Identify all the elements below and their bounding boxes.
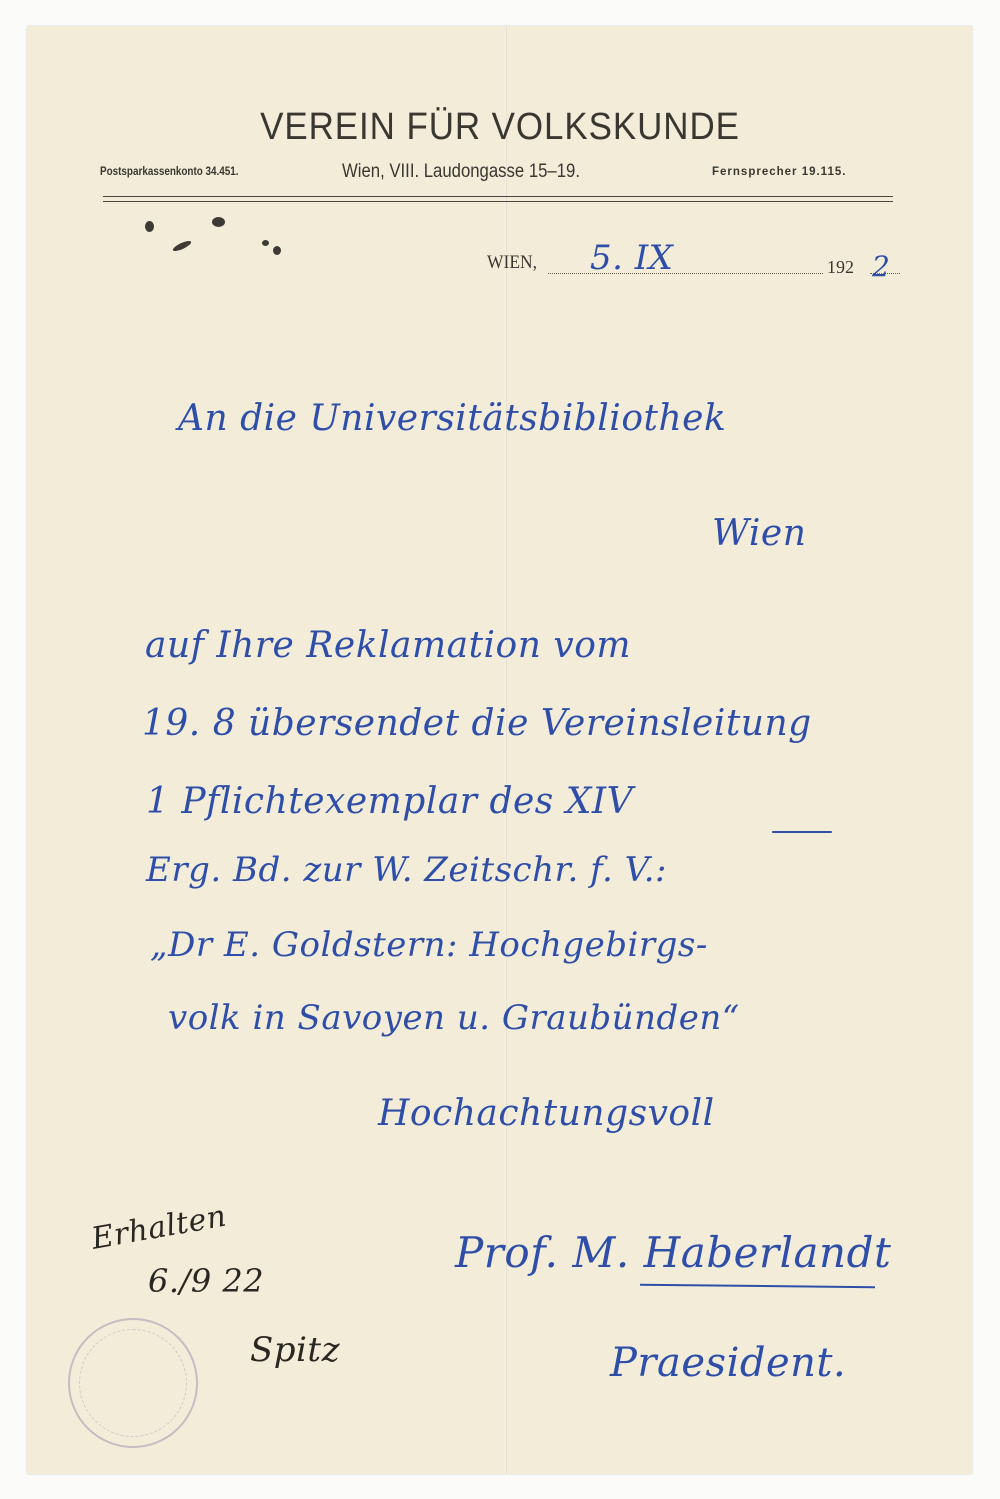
body-line-1: auf Ihre Reklamation vom (145, 625, 631, 666)
recipient-line: An die Universitätsbibliothek (178, 398, 726, 439)
received-date: 6./9 22 (148, 1262, 264, 1300)
closing: Hochachtungsvoll (378, 1093, 715, 1134)
receiver-initials: Spitz (250, 1330, 340, 1370)
letterhead-title: VEREIN FÜR VOLKSKUNDE (40, 106, 960, 149)
letterhead-rule-bottom (103, 201, 893, 202)
dateline-year-printed: 192 (827, 257, 854, 278)
body-line-5: „Dr E. Goldstern: Hochgebirgs- (150, 925, 708, 965)
dateline-year-handwritten: 2 (872, 250, 890, 283)
letterhead-postal-account: Postsparkassenkonto 34.451. (100, 166, 239, 178)
body-line-4: Erg. Bd. zur W. Zeitschr. f. V.: (146, 850, 667, 890)
letterhead-address: Wien, VIII. Laudongasse 15–19. (342, 161, 580, 183)
body-line-3: 1 Pflichtexemplar des XIV (146, 781, 633, 822)
recipient-city: Wien (712, 513, 806, 554)
dateline-day-month: 5. IX (590, 238, 673, 278)
body-line-2: 19. 8 übersendet die Vereinsleitung (142, 703, 812, 744)
body-line-6: volk in Savoyen u. Graubünden“ (168, 998, 740, 1038)
letterhead-rule-top (103, 196, 893, 197)
signature-title: Praesident. (610, 1340, 846, 1386)
library-stamp (68, 1318, 198, 1448)
dateline-place: WIEN, (487, 252, 537, 274)
signature: Prof. M. Haberlandt (455, 1228, 891, 1277)
letterhead-phone: Fernsprecher 19.115. (712, 166, 846, 178)
numeral-underline (772, 831, 832, 833)
